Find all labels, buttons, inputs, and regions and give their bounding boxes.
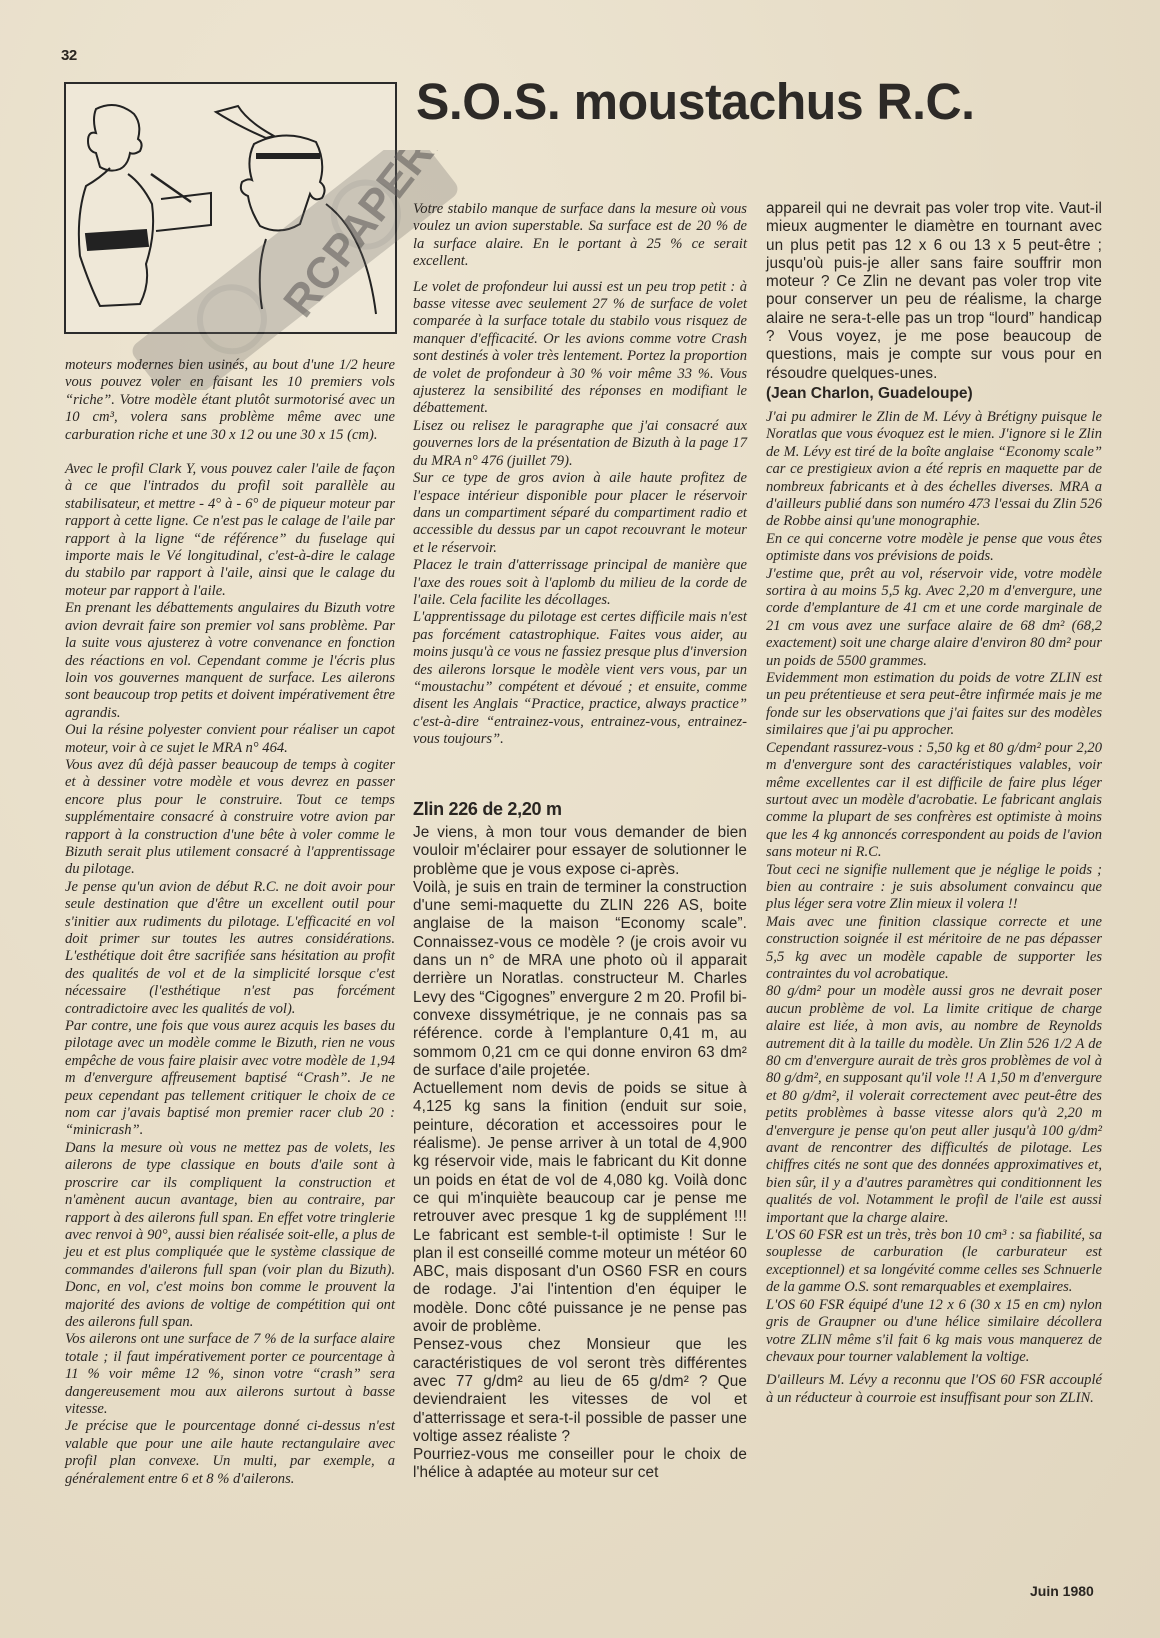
- column-2-reply: Votre stabilo manque de surface dans la …: [413, 201, 747, 749]
- paragraph: moteurs modernes bien usinés, au bout d'…: [65, 357, 395, 444]
- column-2-letter: Zlin 226 de 2,20 m Je viens, à mon tour …: [413, 798, 747, 1483]
- column-3-reply: J'ai pu admirer le Zlin de M. Lévy à Bré…: [766, 409, 1102, 1407]
- paragraph: Sur ce type de gros avion à aile haute p…: [413, 470, 747, 557]
- page-number: 32: [61, 47, 77, 64]
- column-1: moteurs modernes bien usinés, au bout d'…: [65, 357, 395, 1488]
- paragraph: Tout ceci ne signifie nullement que je n…: [766, 862, 1102, 914]
- paragraph: L'OS 60 FSR est un très, très bon 10 cm³…: [766, 1227, 1102, 1297]
- paragraph: Votre stabilo manque de surface dans la …: [413, 201, 747, 271]
- paragraph: J'estime que, prêt au vol, réservoir vid…: [766, 566, 1102, 670]
- paragraph: Avec le profil Clark Y, vous pouvez cale…: [65, 461, 395, 600]
- column-3: appareil qui ne devrait pas voler trop v…: [766, 200, 1102, 1407]
- issue-date: Juin 1980: [1030, 1583, 1094, 1599]
- paragraph: Je viens, à mon tour vous demander de bi…: [413, 824, 747, 879]
- cartoon-illustration: [64, 82, 397, 334]
- paragraph: Dans la mesure où vous ne mettez pas de …: [65, 1140, 395, 1331]
- paragraph: Par contre, une fois que vous aurez acqu…: [65, 1018, 395, 1140]
- paragraph: Vos ailerons ont une surface de 7 % de l…: [65, 1331, 395, 1418]
- paragraph: L'apprentissage du pilotage est certes d…: [413, 609, 747, 748]
- paragraph: Oui la résine polyester convient pour ré…: [65, 722, 395, 757]
- paragraph: En ce qui concerne votre modèle je pense…: [766, 531, 1102, 566]
- paragraph: Cependant rassurez-vous : 5,50 kg et 80 …: [766, 740, 1102, 862]
- paragraph: L'OS 60 FSR équipé d'une 12 x 6 (30 x 15…: [766, 1297, 1102, 1367]
- letter-continuation: appareil qui ne devrait pas voler trop v…: [766, 200, 1102, 383]
- paragraph: Lisez ou relisez le paragraphe que j'ai …: [413, 418, 747, 470]
- paragraph: D'ailleurs M. Lévy a reconnu que l'OS 60…: [766, 1372, 1102, 1407]
- paragraph: Le volet de profondeur lui aussi est un …: [413, 279, 747, 418]
- paragraph: Mais avec une finition classique correct…: [766, 914, 1102, 984]
- paragraph: Evidemment mon estimation du poids de vo…: [766, 670, 1102, 740]
- paragraph: Je précise que le pourcentage donné ci-d…: [65, 1418, 395, 1488]
- paragraph: J'ai pu admirer le Zlin de M. Lévy à Bré…: [766, 409, 1102, 531]
- paragraph: 80 g/dm² pour un modèle aussi gros ne de…: [766, 983, 1102, 1227]
- paragraph: Pourriez-vous me conseiller pour le choi…: [413, 1446, 747, 1483]
- cartoon-drawing-icon: [66, 84, 395, 332]
- paragraph: Je pense qu'un avion de début R.C. ne do…: [65, 879, 395, 1018]
- page-title: S.O.S. moustachus R.C.: [416, 72, 975, 131]
- paragraph: Pensez-vous chez Monsieur que les caract…: [413, 1336, 747, 1446]
- paragraph: Vous avez dû déjà passer beaucoup de tem…: [65, 757, 395, 879]
- paragraph: Placez le train d'atterrissage principal…: [413, 557, 747, 609]
- paragraph: Voilà, je suis en train de terminer la c…: [413, 879, 747, 1080]
- letter-signature: (Jean Charlon, Guadeloupe): [766, 385, 1102, 403]
- section-heading: Zlin 226 de 2,20 m: [413, 798, 747, 820]
- paragraph: Actuellement nom devis de poids se situe…: [413, 1080, 747, 1336]
- paragraph: En prenant les débattements angulaires d…: [65, 600, 395, 722]
